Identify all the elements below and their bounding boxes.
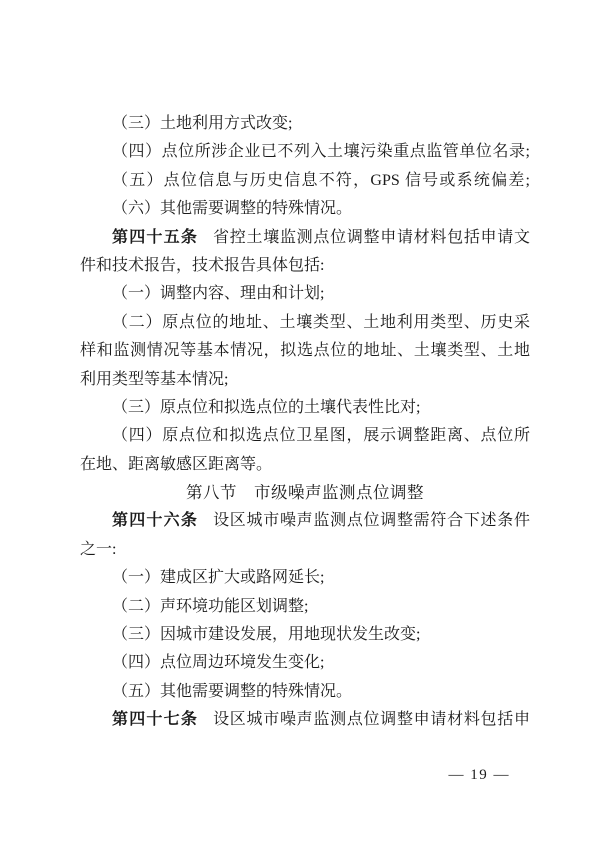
article-45-number: 第四十五条 [112, 229, 198, 246]
document-page: （三）土地利用方式改变; （四）点位所涉企业已不列入土壤污染重点监管单位名录; … [0, 0, 600, 848]
page-number: — 19 — [449, 767, 511, 784]
clause-item: （六）其他需要调整的特殊情况。 [80, 195, 530, 223]
text-line: 之一: [80, 536, 530, 564]
document-body: （三）土地利用方式改变; （四）点位所涉企业已不列入土壤污染重点监管单位名录; … [80, 110, 530, 735]
clause-item: （三）土地利用方式改变; [80, 110, 530, 138]
clause-item: （二）原点位的地址、土壤类型、土地利用类型、历史采 [80, 309, 530, 337]
article-46-number: 第四十六条 [112, 512, 198, 529]
clause-item: （三）因城市建设发展，用地现状发生改变; [80, 621, 530, 649]
text-line: 样和监测情况等基本情况，拟选点位的地址、土壤类型、土地 [80, 337, 530, 365]
article-47-text: 设区城市噪声监测点位调整申请材料包括申 [213, 711, 530, 728]
clause-item: （四）原点位和拟选点位卫星图，展示调整距离、点位所 [80, 422, 530, 450]
clause-item: （四）点位所涉企业已不列入土壤污染重点监管单位名录; [80, 138, 530, 166]
clause-item: （一）建成区扩大或路网延长; [80, 564, 530, 592]
clause-item: （五）其他需要调整的特殊情况。 [80, 678, 530, 706]
article-45-text: 省控土壤监测点位调整申请材料包括申请文 [213, 229, 530, 246]
article-45-heading-line: 第四十五条省控土壤监测点位调整申请材料包括申请文 [80, 224, 530, 252]
clause-item: （一）调整内容、理由和计划; [80, 280, 530, 308]
clause-item: （三）原点位和拟选点位的土壤代表性比对; [80, 394, 530, 422]
text-line: 在地、距离敏感区距离等。 [80, 451, 530, 479]
clause-item: （四）点位周边环境发生变化; [80, 649, 530, 677]
article-47-number: 第四十七条 [112, 711, 198, 728]
text-line: 利用类型等基本情况; [80, 366, 530, 394]
article-46-heading-line: 第四十六条设区城市噪声监测点位调整需符合下述条件 [80, 507, 530, 535]
clause-item: （二）声环境功能区划调整; [80, 593, 530, 621]
clause-item: （五）点位信息与历史信息不符，GPS 信号或系统偏差; [80, 167, 530, 195]
article-46-text: 设区城市噪声监测点位调整需符合下述条件 [213, 512, 530, 529]
article-47-heading-line: 第四十七条设区城市噪声监测点位调整申请材料包括申 [80, 706, 530, 734]
text-line: 件和技术报告，技术报告具体包括: [80, 252, 530, 280]
section-8-heading: 第八节 市级噪声监测点位调整 [80, 479, 530, 507]
